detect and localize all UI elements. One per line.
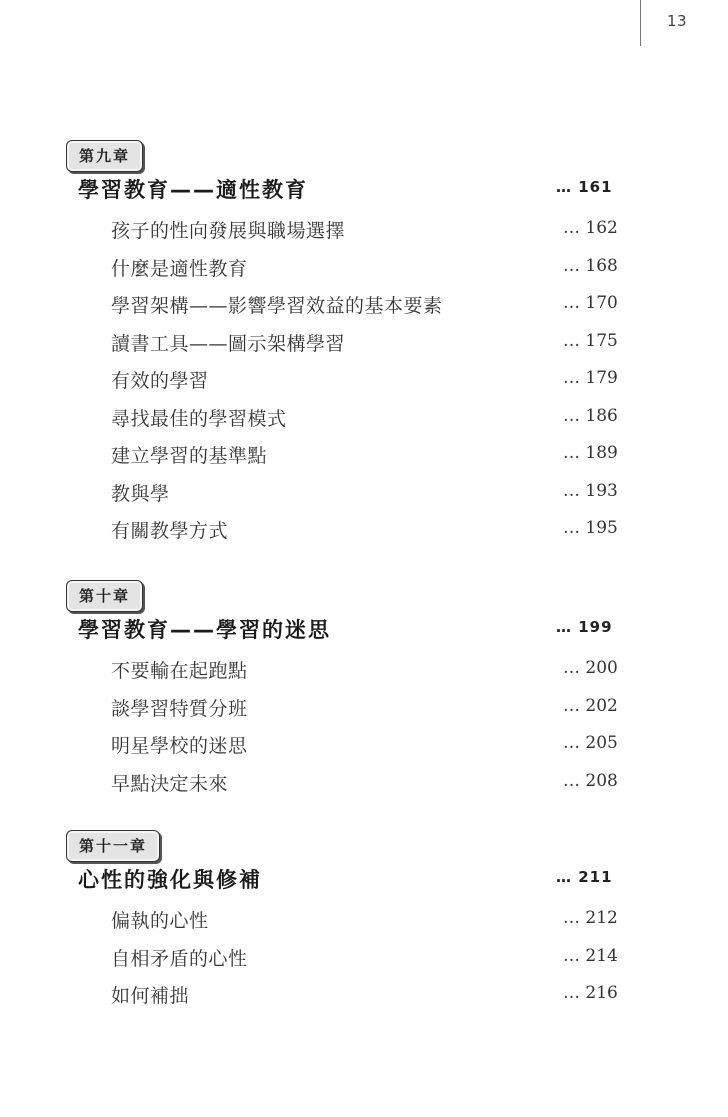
entry-page: … 193 <box>563 481 618 501</box>
chapter-page: … 211 <box>556 868 613 886</box>
entry-page: … 170 <box>563 293 618 313</box>
entry-title: 教與學 <box>111 479 170 506</box>
toc-entry[interactable]: 不要輸在起跑點… 200 <box>66 654 666 692</box>
entry-page: … 200 <box>563 658 618 678</box>
chapter-heading[interactable]: 學習教育——學習的迷思 … 199 <box>66 614 666 648</box>
entry-title: 孩子的性向發展與職場選擇 <box>111 216 345 243</box>
chapter-11: 第十一章 心性的強化與修補 … 211 偏執的心性… 212 自相矛盾的心性… … <box>66 830 666 1017</box>
toc-entries: 孩子的性向發展與職場選擇… 162 什麼是適性教育… 168 學習架構——影響學… <box>66 214 666 552</box>
entry-title: 尋找最佳的學習模式 <box>111 404 287 431</box>
page-number: 13 <box>667 12 687 30</box>
entry-title: 早點決定未來 <box>111 769 228 796</box>
chapter-9: 第九章 學習教育——適性教育 … 161 孩子的性向發展與職場選擇… 162 什… <box>66 140 666 552</box>
chapter-title: 學習教育——學習的迷思 <box>78 614 331 644</box>
toc-entry[interactable]: 孩子的性向發展與職場選擇… 162 <box>66 214 666 252</box>
entry-page: … 212 <box>563 908 618 928</box>
entry-page: … 162 <box>563 218 618 238</box>
entry-page: … 202 <box>563 696 618 716</box>
entry-page: … 186 <box>563 406 618 426</box>
chapter-page: … 199 <box>556 618 613 636</box>
entry-page: … 179 <box>563 368 618 388</box>
chapter-page: … 161 <box>556 178 613 196</box>
entry-page: … 168 <box>563 256 618 276</box>
toc-entry[interactable]: 自相矛盾的心性… 214 <box>66 942 666 980</box>
toc-entry[interactable]: 什麼是適性教育… 168 <box>66 252 666 290</box>
toc-entry[interactable]: 教與學… 193 <box>66 477 666 515</box>
toc-entry[interactable]: 有關教學方式… 195 <box>66 514 666 552</box>
entry-title: 什麼是適性教育 <box>111 254 248 281</box>
chapter-heading[interactable]: 學習教育——適性教育 … 161 <box>66 174 666 208</box>
toc-entry[interactable]: 明星學校的迷思… 205 <box>66 729 666 767</box>
entry-title: 談學習特質分班 <box>111 694 248 721</box>
entry-page: … 216 <box>563 983 618 1003</box>
entry-title: 不要輸在起跑點 <box>111 656 248 683</box>
chapter-badge: 第九章 <box>66 140 143 172</box>
chapter-badge: 第十章 <box>66 580 143 612</box>
entry-page: … 189 <box>563 443 618 463</box>
entry-page: … 205 <box>563 733 618 753</box>
toc-entries: 偏執的心性… 212 自相矛盾的心性… 214 如何補拙… 216 <box>66 904 666 1017</box>
toc-entry[interactable]: 有效的學習… 179 <box>66 364 666 402</box>
toc-entry[interactable]: 建立學習的基準點… 189 <box>66 439 666 477</box>
toc-entry[interactable]: 學習架構——影響學習效益的基本要素… 170 <box>66 289 666 327</box>
chapter-title: 學習教育——適性教育 <box>78 174 308 204</box>
entry-title: 有效的學習 <box>111 366 209 393</box>
toc-entry[interactable]: 如何補拙… 216 <box>66 979 666 1017</box>
entry-title: 明星學校的迷思 <box>111 731 248 758</box>
entry-title: 偏執的心性 <box>111 906 209 933</box>
chapter-heading[interactable]: 心性的強化與修補 … 211 <box>66 864 666 898</box>
toc-entry[interactable]: 尋找最佳的學習模式… 186 <box>66 402 666 440</box>
page-header-rule <box>640 0 641 46</box>
toc-entry[interactable]: 讀書工具——圖示架構學習… 175 <box>66 327 666 365</box>
toc-entry[interactable]: 早點決定未來… 208 <box>66 767 666 805</box>
entry-page: … 195 <box>563 518 618 538</box>
entry-title: 建立學習的基準點 <box>111 441 267 468</box>
entry-title: 學習架構——影響學習效益的基本要素 <box>111 291 443 318</box>
toc-entry[interactable]: 談學習特質分班… 202 <box>66 692 666 730</box>
entry-page: … 208 <box>563 771 618 791</box>
chapter-10: 第十章 學習教育——學習的迷思 … 199 不要輸在起跑點… 200 談學習特質… <box>66 580 666 804</box>
entry-title: 讀書工具——圖示架構學習 <box>111 329 345 356</box>
entry-title: 如何補拙 <box>111 981 189 1008</box>
toc-entry[interactable]: 偏執的心性… 212 <box>66 904 666 942</box>
entry-page: … 175 <box>563 331 618 351</box>
entry-title: 自相矛盾的心性 <box>111 944 248 971</box>
chapter-badge: 第十一章 <box>66 830 160 862</box>
chapter-title: 心性的強化與修補 <box>78 864 262 894</box>
entry-title: 有關教學方式 <box>111 516 228 543</box>
toc-entries: 不要輸在起跑點… 200 談學習特質分班… 202 明星學校的迷思… 205 早… <box>66 654 666 804</box>
entry-page: … 214 <box>563 946 618 966</box>
